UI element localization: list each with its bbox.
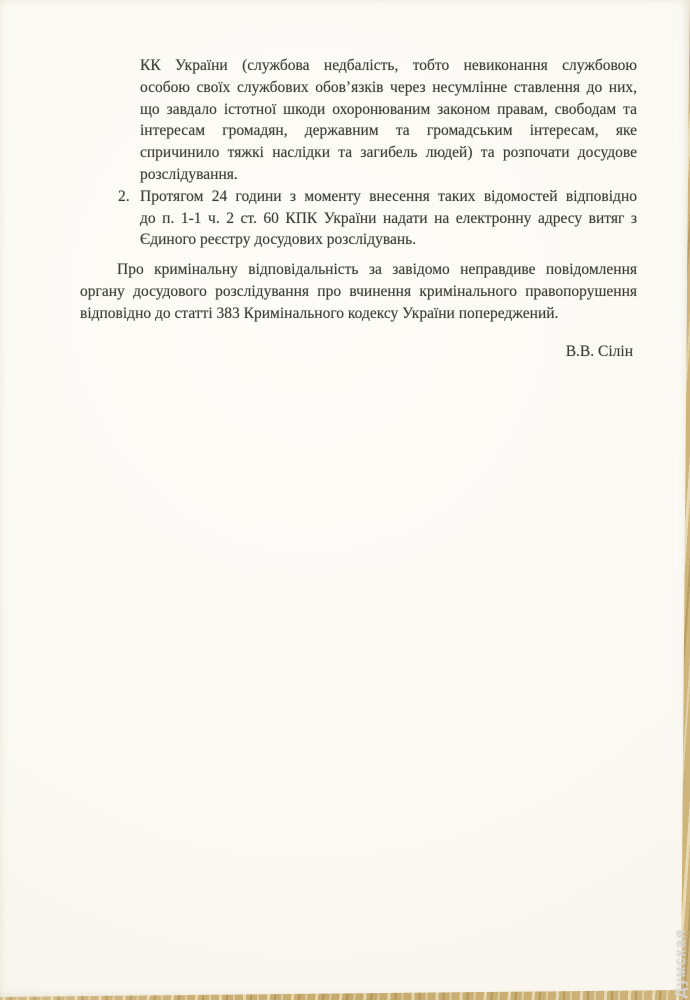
text-line: розслідування. (140, 164, 637, 186)
text-line: Про кримінальну відповідальність за заві… (80, 259, 637, 281)
list-item-2-marker: 2. (118, 186, 130, 208)
text-line: особою своїх службових обов’язків через … (140, 77, 637, 99)
text-line: до п. 1-1 ч. 2 ст. 60 КПК України надати… (140, 208, 637, 230)
closing-paragraph: Про кримінальну відповідальність за заві… (80, 259, 637, 324)
text-line: Єдиного реєстру досудових розслідувань. (140, 229, 637, 251)
text-line: Протягом 24 години з моменту внесення та… (140, 186, 637, 208)
list-item-2-text: Протягом 24 години з моменту внесення та… (140, 186, 637, 251)
list-item-2: 2. Протягом 24 години з моменту внесення… (80, 186, 637, 251)
text-line: спричинило тяжкі наслідки та загибель лю… (140, 142, 637, 164)
signature-name: В.В. Сілін (80, 341, 637, 363)
text-line: органу досудового розслідування про вчин… (80, 281, 637, 303)
document-body: КК України (службова недбалість, тобто н… (80, 55, 637, 362)
text-line: що завдало істотної шкоди охоронюваним з… (140, 99, 637, 121)
text-line: КК України (службова недбалість, тобто н… (140, 55, 637, 77)
photo-of-document-on-wood-table: КК України (службова недбалість, тобто н… (0, 0, 690, 1000)
list-item-1-continuation: КК України (службова недбалість, тобто н… (140, 55, 637, 186)
text-line: відповідно до статті 383 Кримінального к… (80, 303, 637, 325)
document-page: КК України (службова недбалість, тобто н… (0, 0, 690, 1000)
text-line: інтересам громадян, державним та громадс… (140, 120, 637, 142)
